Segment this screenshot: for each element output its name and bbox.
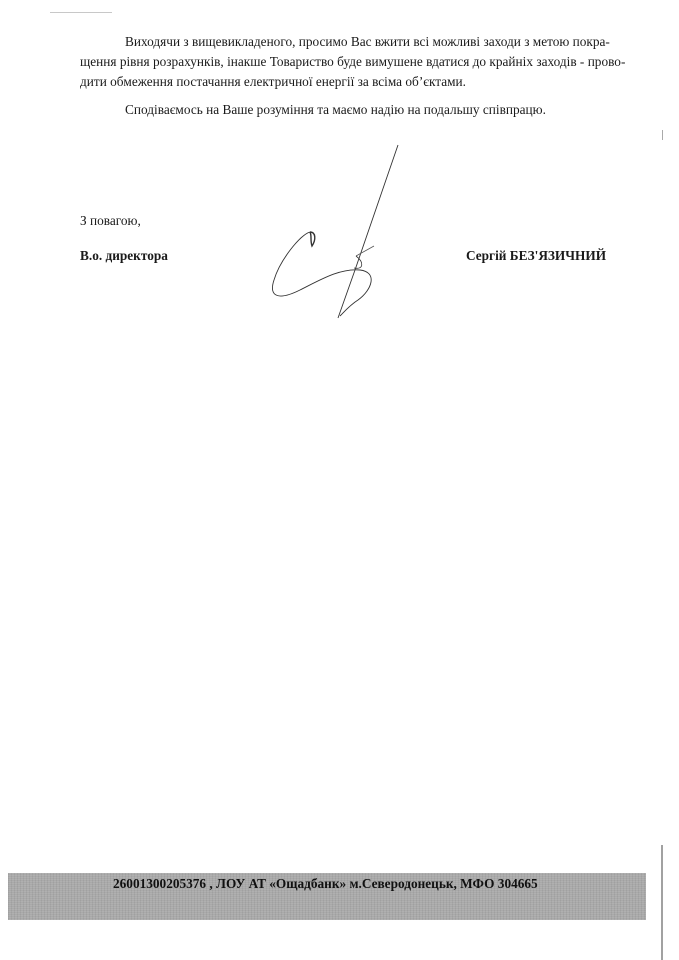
footer-bank-details-bar: 26001300205376 , ЛОУ АТ «Ощадбанк» м.Сев… bbox=[8, 873, 646, 920]
signatory-position: В.о. директора bbox=[80, 248, 168, 264]
letter-paragraph-1: Виходячи з вищевикладеного, просимо Вас … bbox=[80, 32, 590, 92]
header-rule bbox=[50, 12, 112, 13]
scan-edge-line bbox=[661, 845, 663, 960]
paragraph-line: Виходячи з вищевикладеного, просимо Вас … bbox=[80, 32, 590, 52]
closing-salutation: З повагою, bbox=[80, 213, 141, 229]
paragraph-line: щення рівня розрахунків, інакше Товарист… bbox=[80, 52, 590, 72]
scan-artifact bbox=[662, 130, 663, 140]
bank-details: 26001300205376 , ЛОУ АТ «Ощадбанк» м.Сев… bbox=[113, 876, 538, 892]
letter-paragraph-2: Сподіваємось на Ваше розуміння та маємо … bbox=[80, 100, 635, 120]
signature-image bbox=[260, 140, 400, 320]
paragraph-line: дити обмеження постачання електричної ен… bbox=[80, 72, 590, 92]
signatory-name: Сергій БЕЗ'ЯЗИЧНИЙ bbox=[466, 248, 606, 264]
